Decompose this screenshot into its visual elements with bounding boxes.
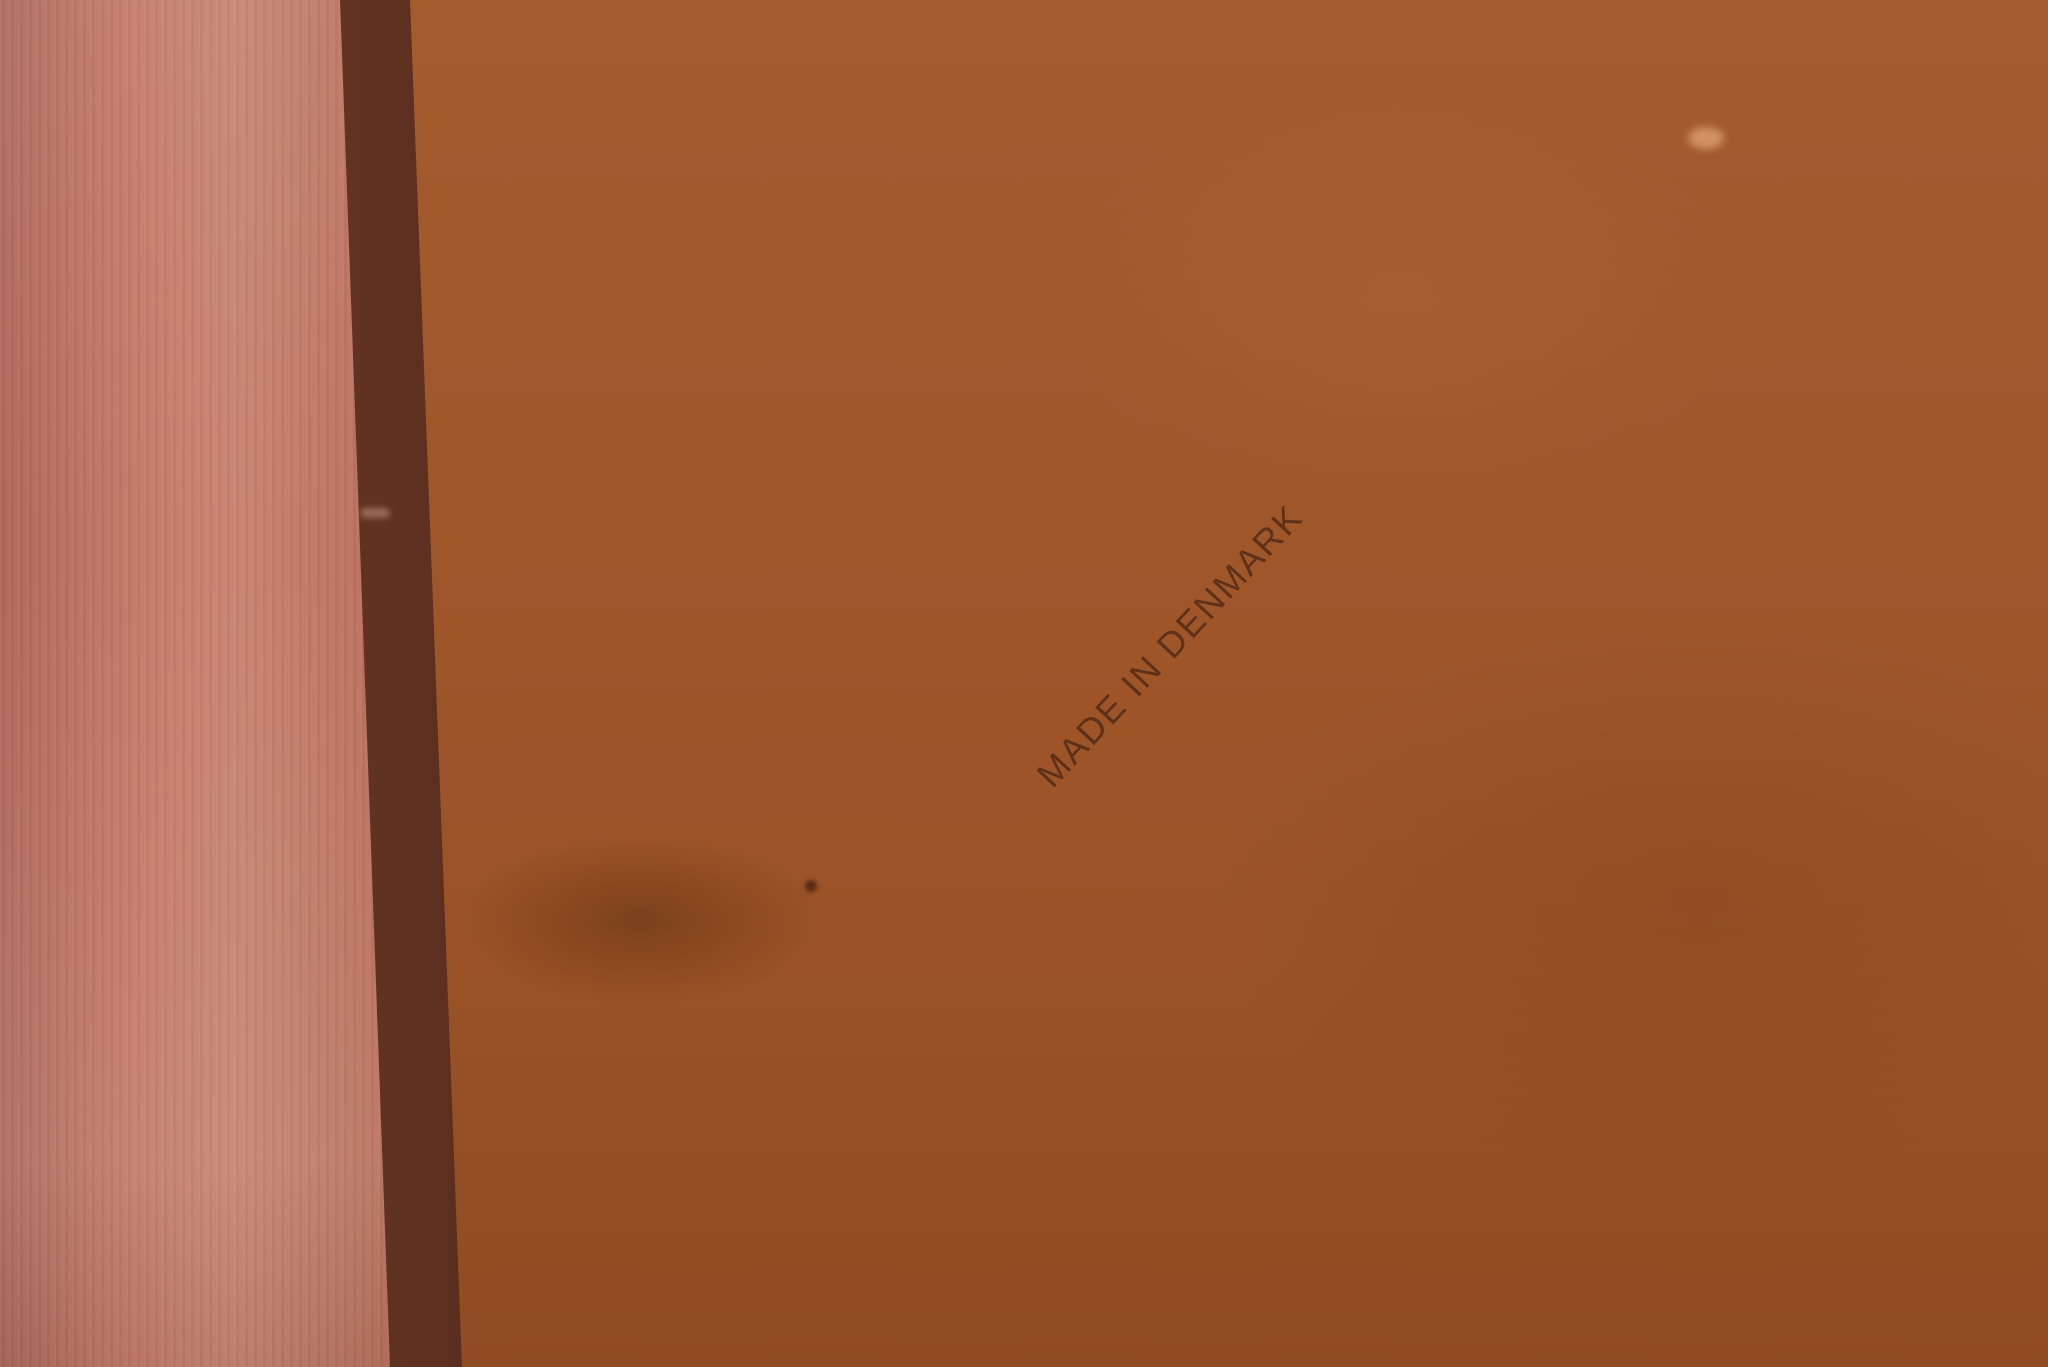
- wood-furniture-photo: MADE IN DENMARK: [0, 0, 2048, 1367]
- light-blemish: [1688, 127, 1724, 149]
- wood-knot: [805, 880, 817, 892]
- teak-side-panel: [0, 0, 390, 1367]
- edge-highlight: [360, 508, 390, 518]
